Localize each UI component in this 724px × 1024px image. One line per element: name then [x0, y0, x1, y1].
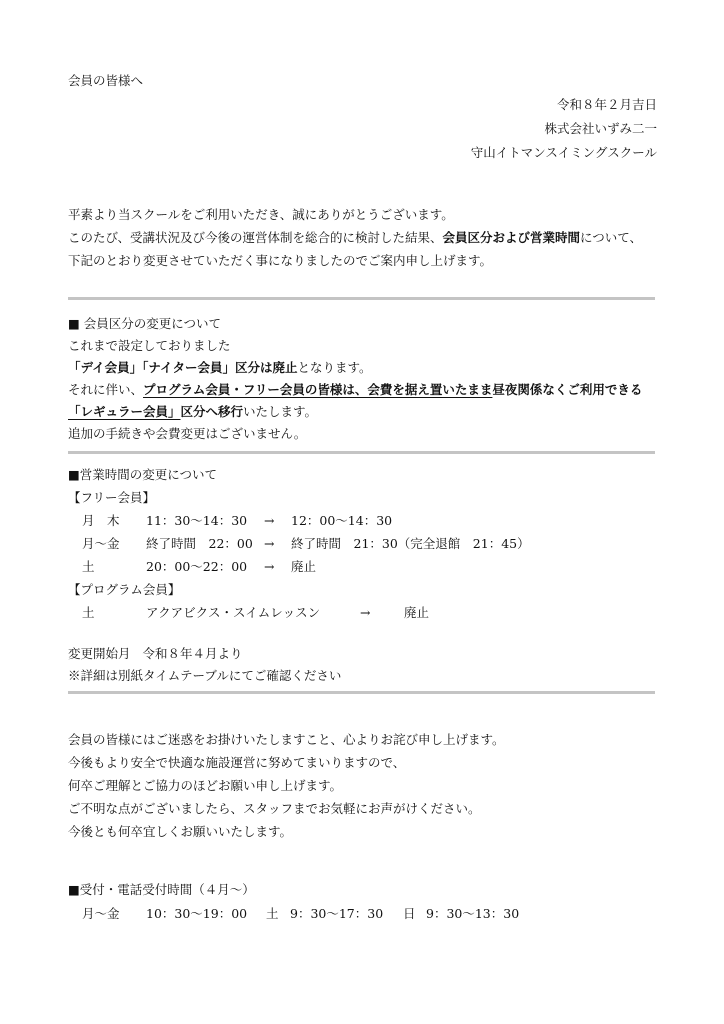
intro-line-2-post: について、 — [580, 230, 642, 245]
section1-line-3-pre: それに伴い、 — [68, 382, 143, 397]
company-name: 株式会社いずみ二一 — [544, 121, 657, 137]
section1-line-2-post: となります。 — [298, 360, 372, 375]
arrow-icon: → — [264, 513, 274, 529]
change-start-value: 令和８年４月より — [143, 646, 243, 661]
section1-line-2: 「デイ会員」「ナイター会員」区分は廃止となります。 — [68, 360, 372, 376]
divider-1 — [68, 297, 655, 300]
arrow-icon: → — [360, 605, 370, 621]
row-day: 月 木 — [82, 513, 120, 529]
closing-line: 今後とも何卒宜しくお願いいたします。 — [68, 824, 292, 840]
weekday-hours: 10：30〜19：00 — [146, 906, 247, 922]
salutation: 会員の皆様へ — [68, 73, 143, 89]
section1-line-5: 追加の手続きや会費変更はございません。 — [68, 426, 306, 442]
row-before: アクアビクス・スイムレッスン — [146, 605, 320, 621]
abolished-categories: 「デイ会員」「ナイター会員」 — [68, 360, 235, 375]
intro-line-2-pre: このたび、受講状況及び今後の運営体制を総合的に検討した結果、 — [68, 230, 443, 245]
intro-line-1: 平素より当スクールをご利用いただき、誠にありがとうございます。 — [68, 207, 454, 223]
row-day: 土 — [82, 605, 95, 621]
arrow-icon: → — [264, 536, 274, 552]
section2-heading: ■営業時間の変更について — [68, 467, 217, 483]
intro-line-2-bold: 会員区分および営業時間 — [443, 230, 581, 245]
saturday-label: 土 — [266, 906, 279, 922]
section1-line-3-bold: 昼夜関係なくご利用できる — [492, 382, 642, 397]
change-start-label: 変更開始月 — [68, 646, 131, 661]
abolished-label: 区分は廃止 — [235, 360, 298, 375]
regular-member-label: 「レギュラー会員」 — [68, 404, 181, 419]
issue-date: 令和８年２月吉日 — [557, 97, 657, 113]
intro-line-3: 下記のとおり変更させていただく事になりましたのでご案内申し上げます。 — [68, 253, 492, 269]
sunday-hours: 9：30〜13：30 — [426, 906, 519, 922]
row-day: 月〜金 — [82, 536, 120, 552]
divider-2 — [68, 451, 655, 454]
school-name: 守山イトマンスイミングスクール — [471, 145, 657, 161]
section1-heading: ■ 会員区分の変更について — [68, 316, 221, 332]
row-before: 11：30〜14：30 — [146, 513, 247, 529]
timetable-note: ※詳細は別紙タイムテーブルにてご確認ください — [68, 668, 341, 684]
free-member-label: 【フリー会員】 — [68, 490, 155, 506]
section1-line-3: それに伴い、プログラム会員・フリー会員の皆様は、会費を据え置いたまま昼夜関係なく… — [68, 382, 642, 398]
section1-line-4-post: いたします。 — [243, 404, 317, 419]
row-after: 廃止 — [404, 605, 429, 621]
closing-line: 何卒ご理解とご協力のほどお願い申し上げます。 — [68, 778, 342, 794]
saturday-hours: 9：30〜17：30 — [290, 906, 383, 922]
program-member-label: 【プログラム会員】 — [68, 582, 180, 598]
sunday-label: 日 — [403, 906, 416, 922]
arrow-icon: → — [264, 559, 274, 575]
intro-line-2: このたび、受講状況及び今後の運営体制を総合的に検討した結果、会員区分および営業時… — [68, 230, 642, 246]
section1-line-4: 「レギュラー会員」区分へ移行いたします。 — [68, 404, 317, 420]
migration-label: 区分へ移行 — [181, 404, 244, 419]
closing-line: 今後もより安全で快適な施設運営に努めてまいりますので、 — [68, 755, 405, 771]
row-after: 廃止 — [291, 559, 316, 575]
section1-line-3-emphasis: プログラム会員・フリー会員の皆様は、会費を据え置いたまま — [143, 382, 492, 397]
closing-line: 会員の皆様にはご迷惑をお掛けいたしますこと、心よりお詫び申し上げます。 — [68, 732, 505, 748]
change-start: 変更開始月令和８年４月より — [68, 646, 243, 662]
reception-heading: ■受付・電話受付時間（４月〜） — [68, 882, 255, 898]
weekday-label: 月〜金 — [82, 906, 120, 922]
row-after: 12：00〜14：30 — [291, 513, 392, 529]
row-before: 終了時間 22：00 — [146, 536, 253, 552]
row-after: 終了時間 21：30（完全退館 21：45） — [291, 536, 530, 552]
row-day: 土 — [82, 559, 95, 575]
section1-line-1: これまで設定しておりました — [68, 338, 231, 354]
closing-line: ご不明な点がございましたら、スタッフまでお気軽にお声がけください。 — [68, 801, 481, 817]
divider-3 — [68, 691, 655, 694]
row-before: 20：00〜22：00 — [146, 559, 247, 575]
